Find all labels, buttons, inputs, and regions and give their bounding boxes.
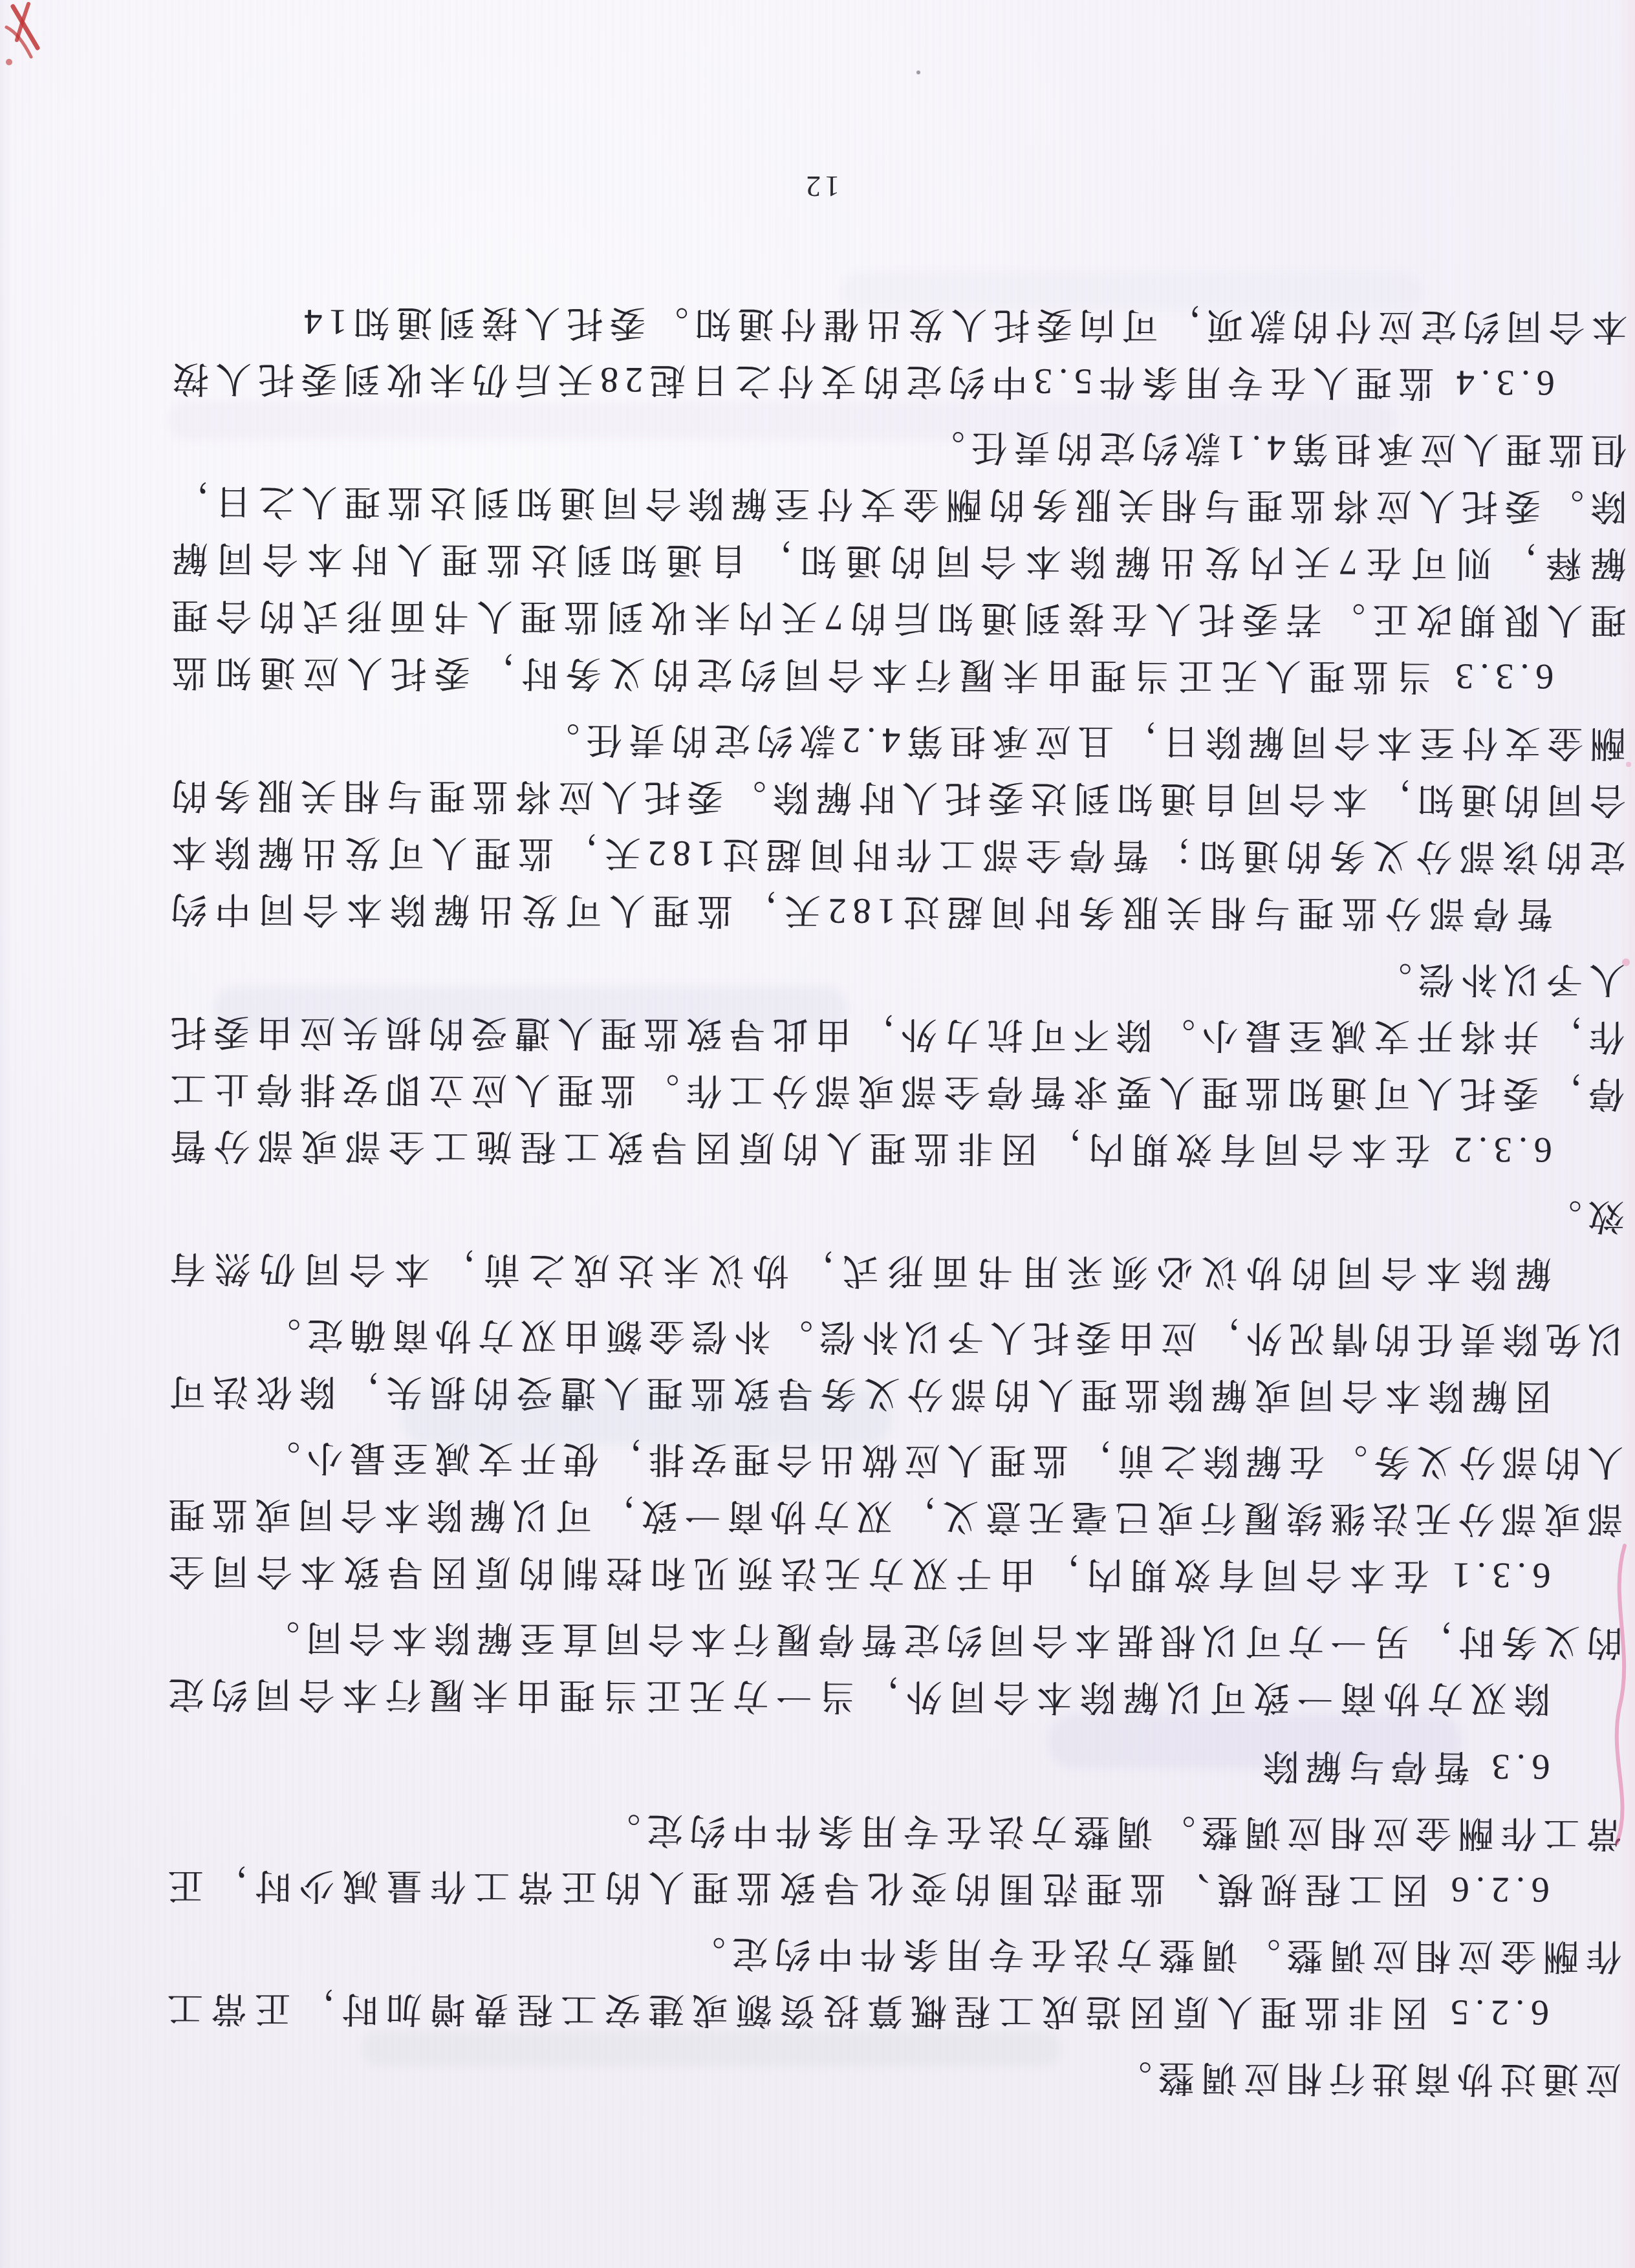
scanned-document-page: 应通过协商进行相应调整。 6.2.5 因非监理人原因造成工程概算投资额或建安工程… (0, 0, 1635, 2268)
ink-bleed-ghost (168, 401, 1397, 440)
ink-bleed-ghost (401, 1390, 893, 1445)
dust-speck (916, 70, 920, 74)
ink-bleed-ghost (362, 2031, 1061, 2066)
ink-bleed-ghost (1048, 1714, 1462, 1769)
pen-marks-overlay (0, 0, 1635, 2268)
pink-pen-squiggle (1617, 762, 1631, 1843)
ink-bleed-ghost (213, 986, 847, 1031)
ink-bleed-ghost (841, 272, 1423, 310)
red-pen-mark (6, 4, 38, 65)
